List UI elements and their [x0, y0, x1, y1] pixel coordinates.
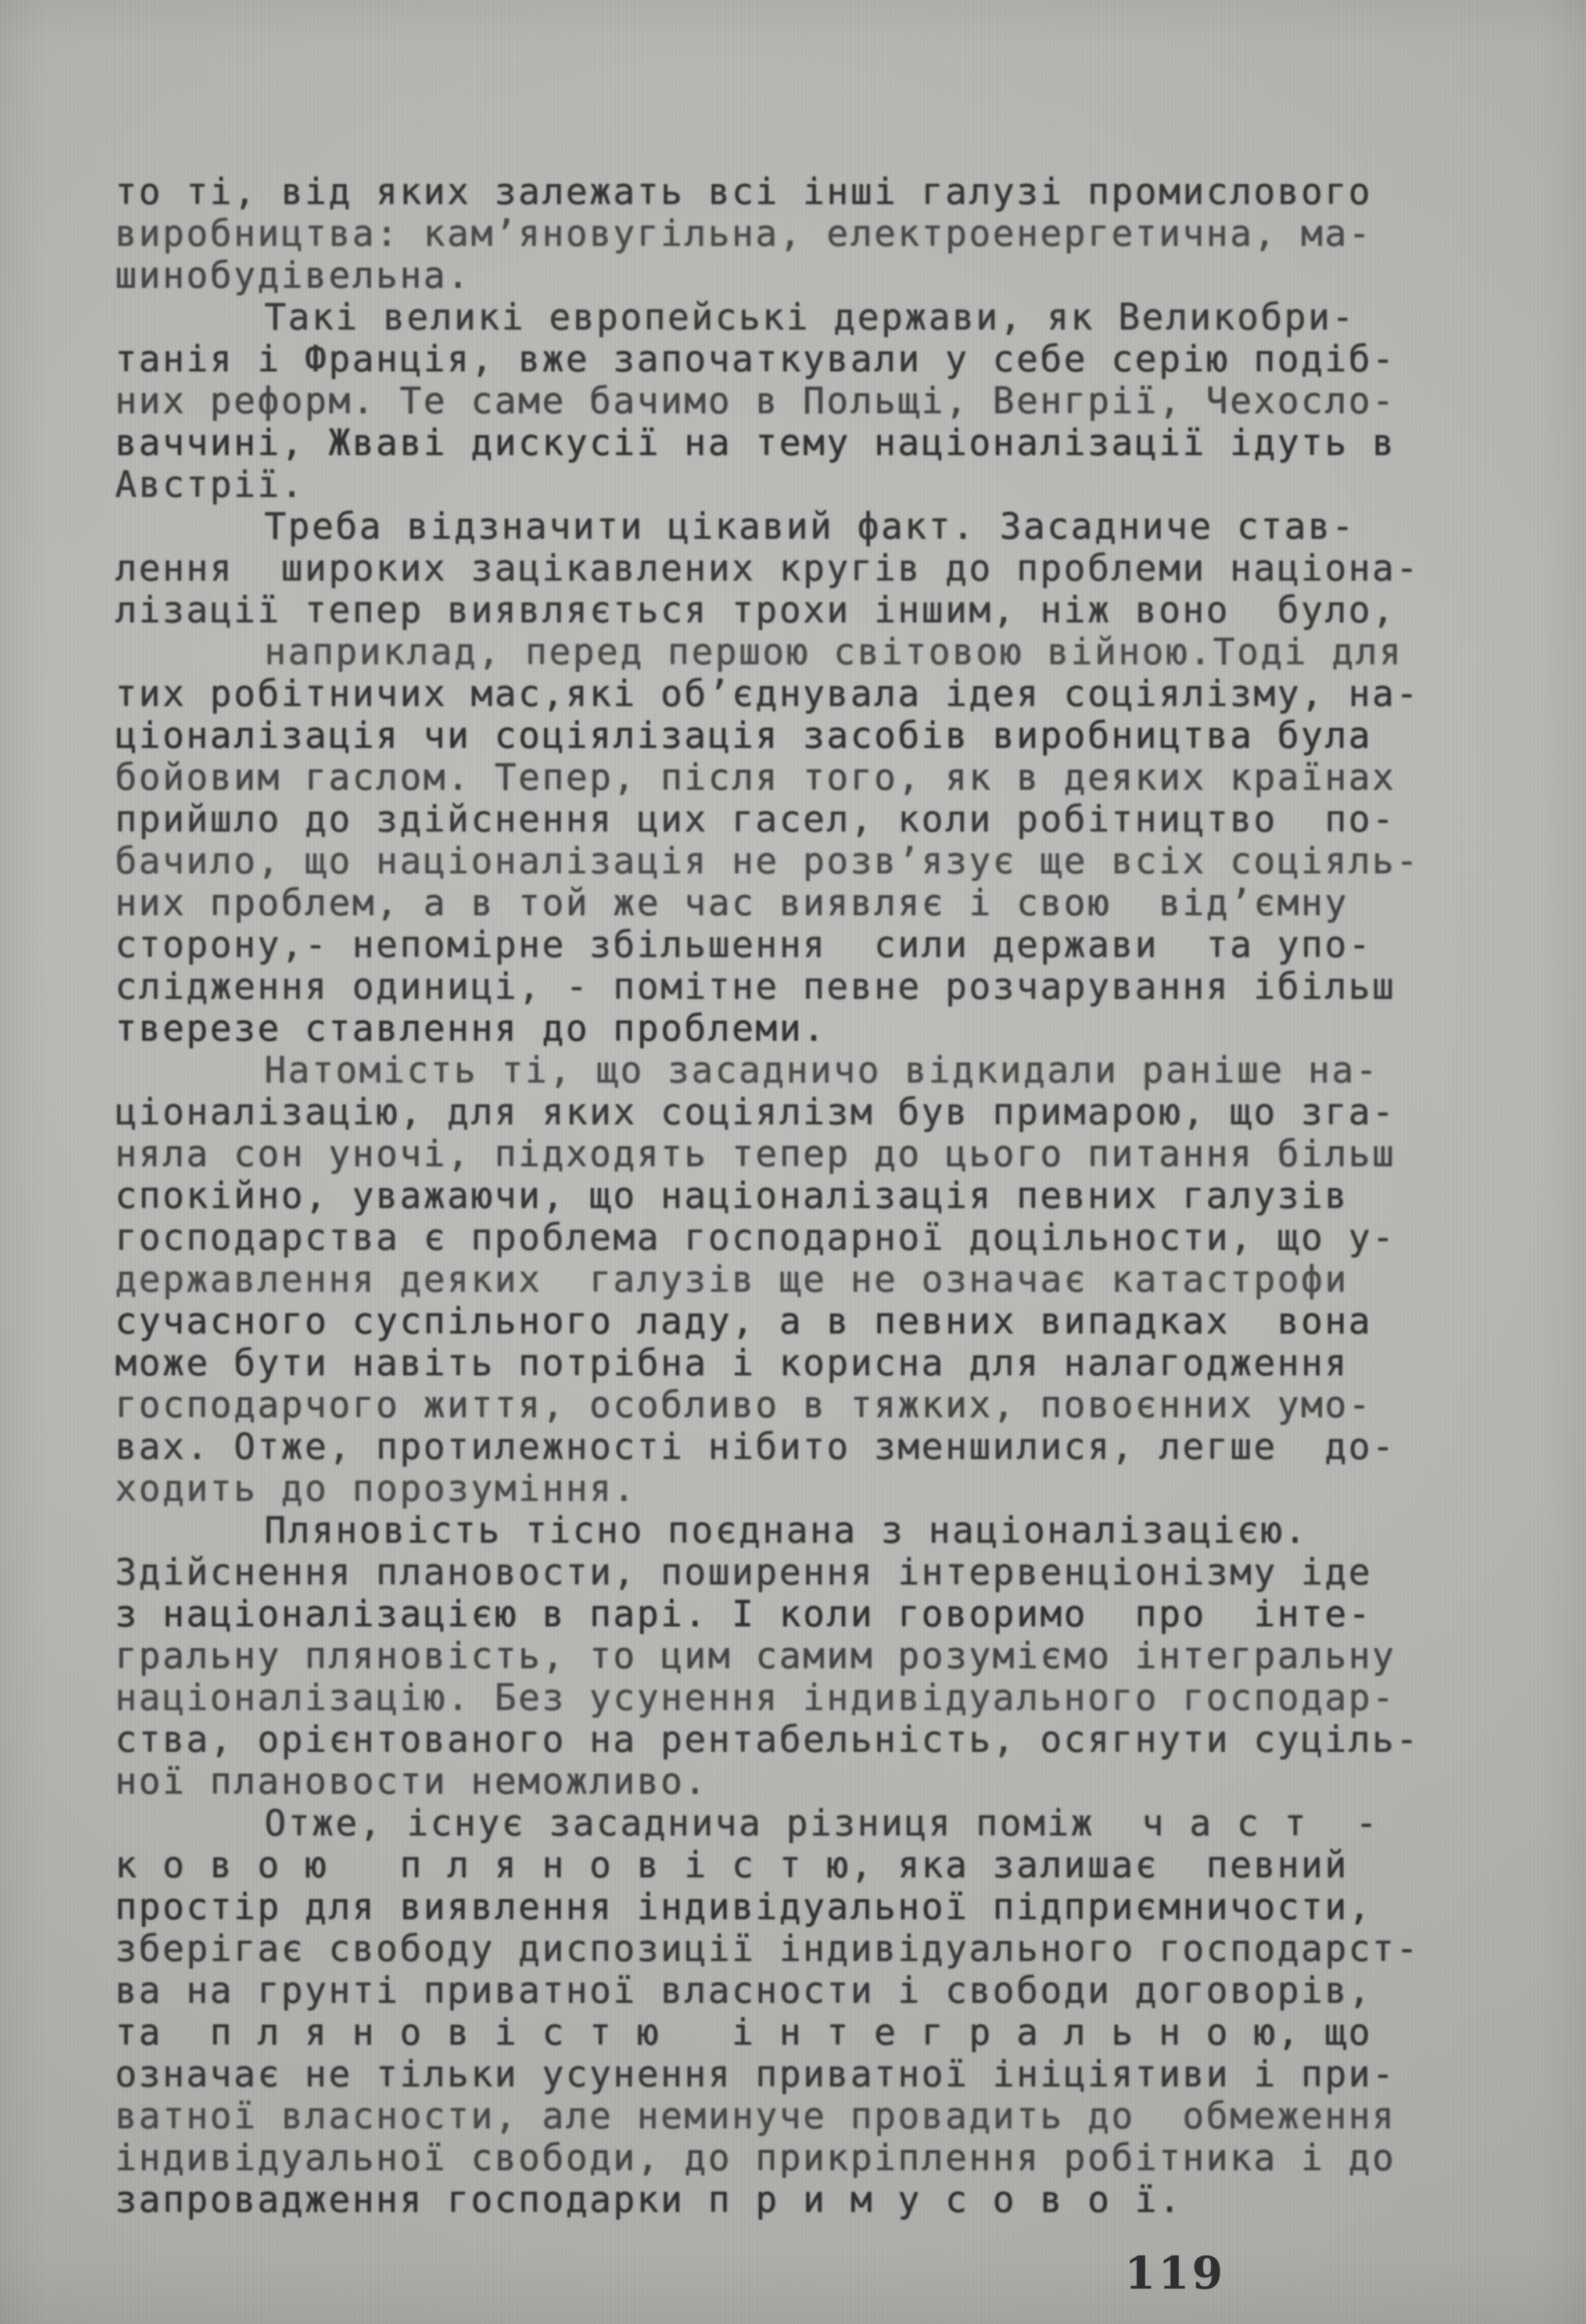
text-line: бойовим гаслом. Тепер, після того, як в …	[115, 756, 1396, 798]
text-line: індивідуальної свободи, до прикріплення …	[115, 2136, 1396, 2179]
text-line: ціоналізація чи соціялізація засобів вир…	[115, 714, 1372, 756]
text-line: танія і Франція, вже започаткували у себ…	[115, 338, 1396, 380]
text-line: з націоналізацією в парі. І коли говорим…	[115, 1593, 1372, 1635]
text-line: ціоналізацію, для яких соціялізм був при…	[115, 1091, 1396, 1133]
text-line: виробництва: кам’яновугільна, електроене…	[115, 212, 1372, 254]
text-line: Треба відзначити цікавий факт. Засадниче…	[264, 505, 1355, 547]
text-line: ходить до порозуміння.	[115, 1467, 637, 1509]
text-line: лення широких зацікавлених кругів до про…	[115, 547, 1420, 589]
text-line: державлення деяких галузів ще не означає…	[115, 1258, 1348, 1300]
text-line: ватної власности, але неминуче провадить…	[115, 2095, 1396, 2137]
page-text: то ті, від яких залежать всі інші галузі…	[0, 0, 1586, 2324]
text-line: зберігає свободу диспозиції індивідуальн…	[115, 1927, 1420, 1970]
text-line: них проблем, а в той же час виявляє і св…	[115, 881, 1348, 924]
text-line: Натомість ті, що засадничо відкидали ран…	[264, 1049, 1379, 1091]
text-line: вах. Отже, протилежності нібито зменшили…	[115, 1425, 1396, 1468]
text-line: націоналізацію. Без усунення індивідуаль…	[115, 1676, 1396, 1719]
text-line: наприклад, перед першою світовою війною.…	[264, 630, 1403, 673]
text-line: бачило, що націоналізація не розв’язує щ…	[115, 840, 1420, 882]
text-line: Такі великі европейські держави, як Вели…	[264, 296, 1355, 338]
text-line: простір для виявлення індивідуальної під…	[115, 1885, 1372, 1928]
text-line: Австрії.	[115, 463, 305, 505]
text-line: них реформ. Те саме бачимо в Польщі, Вен…	[115, 379, 1396, 422]
text-line: ва на грунті приватної власности і свобо…	[115, 1969, 1372, 2011]
text-line: Здійснення плановости, поширення інтерве…	[115, 1551, 1372, 1593]
text-line: спокійно, уважаючи, що націоналізація пе…	[115, 1174, 1348, 1217]
text-line: може бути навіть потрібна і корисна для …	[115, 1342, 1348, 1384]
text-line: к о в о ю п л я н о в і с т ю, яка залиш…	[115, 1844, 1348, 1886]
text-line: господарства є проблема господарної доці…	[115, 1216, 1396, 1258]
text-line: тих робітничих мас,які об’єднувала ідея …	[115, 672, 1420, 715]
scanned-page: то ті, від яких залежать всі інші галузі…	[0, 0, 1586, 2324]
text-line: няла сон уночі, підходять тепер до цього…	[115, 1132, 1396, 1175]
text-line: гральну пляновість, то цим самим розуміє…	[115, 1634, 1396, 1677]
text-line: Отже, існує засаднича різниця поміж ч а …	[264, 1802, 1379, 1844]
text-line: сучасного суспільного ладу, а в певних в…	[115, 1300, 1372, 1342]
text-line: запровадження господарки п р и м у с о в…	[115, 2178, 1182, 2221]
text-line: сторону,- непомірне збільшення сили держ…	[115, 923, 1372, 966]
text-line: лізації тепер виявляється трохи іншим, н…	[115, 589, 1396, 631]
text-line: ваччині, Жваві дискусії на тему націонал…	[115, 421, 1396, 464]
text-line: шинобудівельна.	[115, 254, 471, 296]
text-line: ства, орієнтованого на рентабельність, о…	[115, 1718, 1420, 1760]
page-number: 119	[1125, 2247, 1226, 2299]
text-line: та п л я н о в і с т ю і н т е г р а л ь…	[115, 2011, 1372, 2053]
text-line: слідження одиниці, - помітне певне розча…	[115, 965, 1396, 1007]
text-line: прийшло до здійснення цих гасел, коли ро…	[115, 798, 1396, 840]
text-line: Пляновість тісно поєднана з націоналізац…	[264, 1509, 1308, 1551]
text-line: тверезе ставлення до проблеми.	[115, 1007, 827, 1049]
text-line: означає не тільки усунення приватної іні…	[115, 2053, 1396, 2095]
text-line: господарчого життя, особливо в тяжких, п…	[115, 1383, 1372, 1426]
text-line: ної плановости неможливо.	[115, 1760, 708, 1802]
text-line: то ті, від яких залежать всі інші галузі…	[115, 170, 1372, 213]
